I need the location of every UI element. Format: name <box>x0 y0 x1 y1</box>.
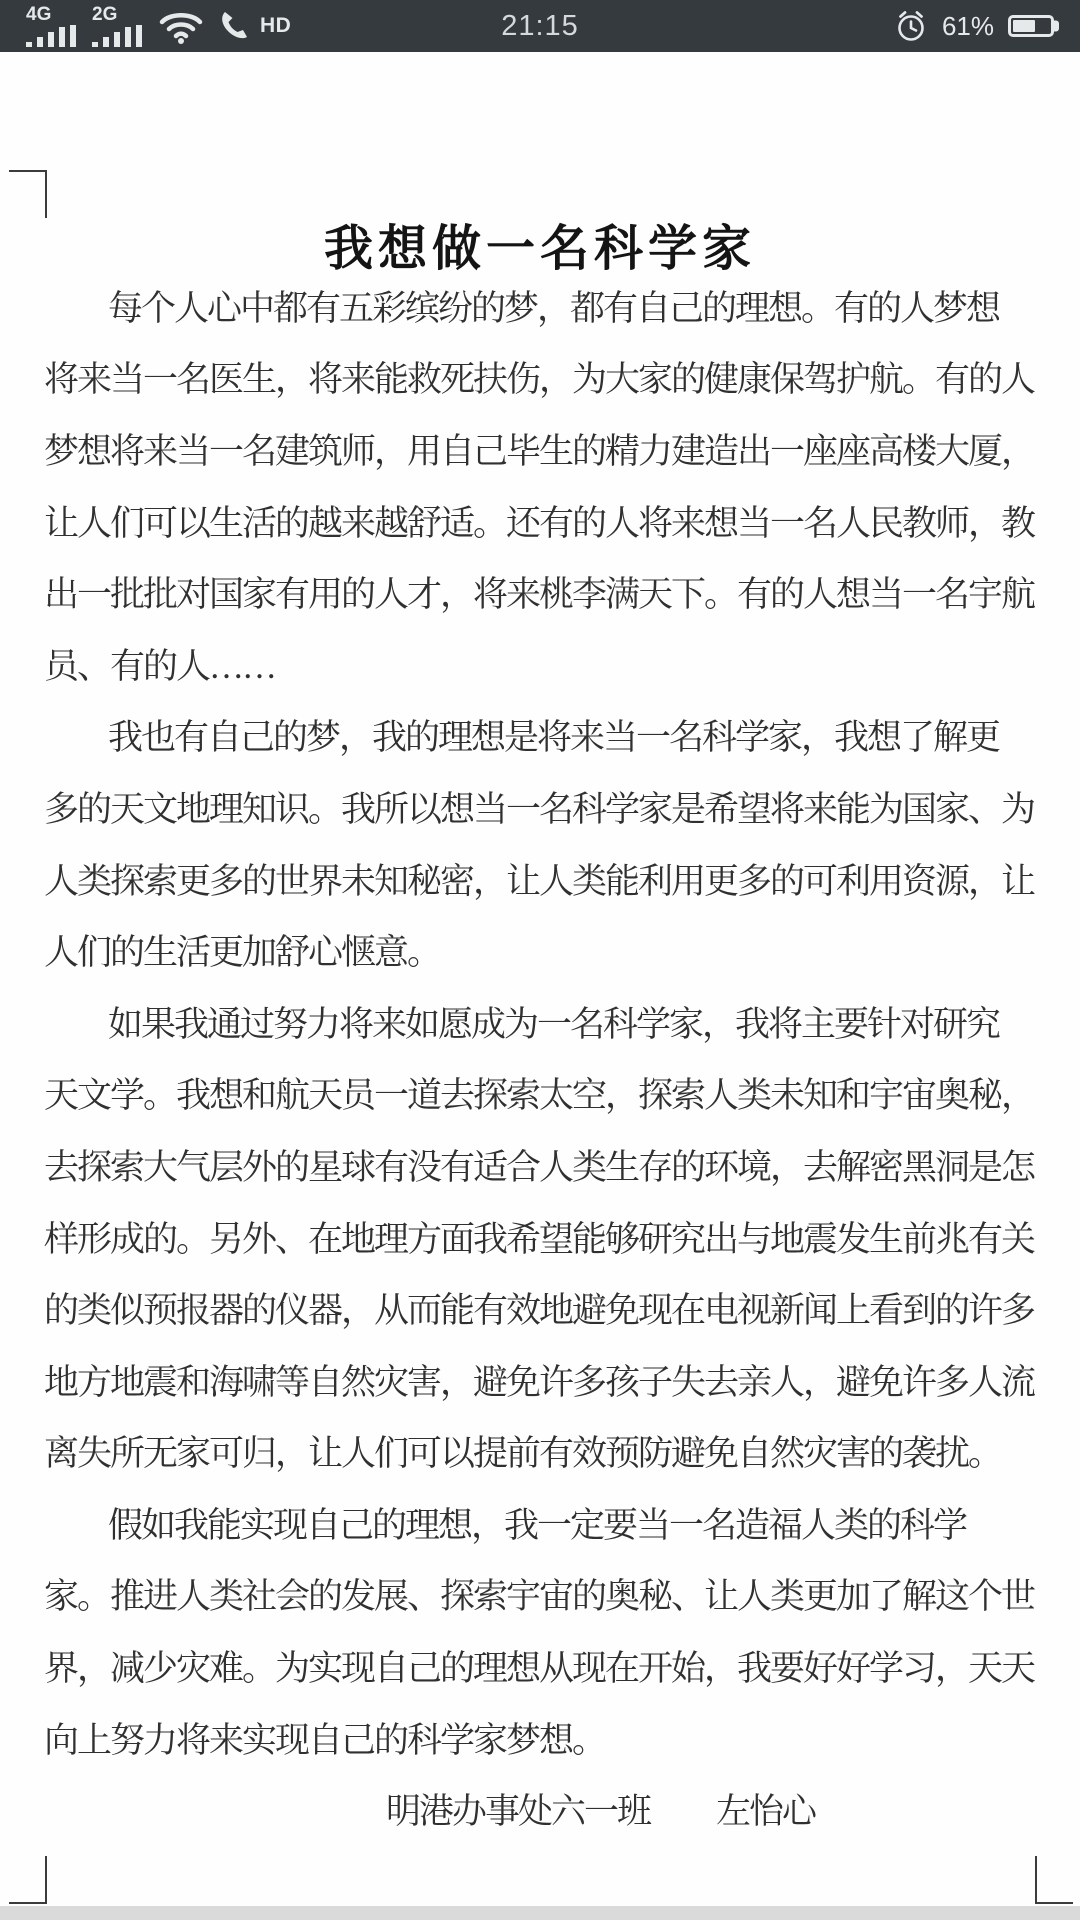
essay-line: 的类似预报器的仪器，从而能有效地避免现在电视新闻上看到的许多 <box>44 1272 1038 1344</box>
essay-line: 地方地震和海啸等自然灾害，避免许多孩子失去亲人，避免许多人流 <box>44 1344 1038 1416</box>
essay-line: 梦想将来当一名建筑师，用自己毕生的精力建造出一座座高楼大厦， <box>44 413 1038 485</box>
page-corner-mark-bottom-right <box>1035 1856 1073 1904</box>
battery-percent-label: 61% <box>942 11 994 42</box>
essay-line: 多的天文地理知识。我所以想当一名科学家是希望将来能为国家、为 <box>44 771 1038 843</box>
essay-line: 界，减少灾难。为实现自己的理想从现在开始，我要好好学习，天天 <box>44 1630 1038 1702</box>
battery-fill <box>1013 20 1035 32</box>
sim1-signal-bars-icon <box>26 25 78 47</box>
signature-class-name: 明港办事处六一班 <box>386 1784 650 1834</box>
sim1-network-label: 4G <box>26 5 51 24</box>
essay-line: 向上努力将来实现自己的科学家梦想。 <box>44 1702 1038 1774</box>
essay-line: 员、有的人…… <box>44 628 1038 700</box>
wifi-icon <box>158 8 204 44</box>
essay-line: 假如我能实现自己的理想，我一定要当一名造福人类的科学 <box>44 1487 1038 1559</box>
sim2-signal-bars-icon <box>92 25 144 47</box>
essay-line: 如果我通过努力将来如愿成为一名科学家，我将主要针对研究 <box>44 986 1038 1058</box>
essay-line: 家。推进人类社会的发展、探索宇宙的奥秘、让人类更加了解这个世 <box>44 1559 1038 1631</box>
signature-line: 明港办事处六一班 左怡心 <box>44 1773 1038 1845</box>
sim2-network-label: 2G <box>92 5 117 24</box>
essay-line: 离失所无家可归，让人们可以提前有效预防避免自然灾害的袭扰。 <box>44 1416 1038 1488</box>
essay-line: 将来当一名医生，将来能救死扶伤，为大家的健康保驾护航。有的人 <box>44 342 1038 414</box>
page-bottom-edge <box>0 1906 1080 1920</box>
essay-line: 样形成的。另外、在地理方面我希望能够研究出与地震发生前兆有关 <box>44 1201 1038 1273</box>
status-bar-clock: 21:15 <box>501 0 579 52</box>
essay-line: 每个人心中都有五彩缤纷的梦，都有自己的理想。有的人梦想 <box>44 270 1038 342</box>
status-bar-right: 61% <box>894 0 1054 52</box>
essay-body: 每个人心中都有五彩缤纷的梦，都有自己的理想。有的人梦想 将来当一名医生，将来能救… <box>44 270 1038 1845</box>
essay-line: 出一批批对国家有用的人才，将来桃李满天下。有的人想当一名宇航 <box>44 556 1038 628</box>
hd-call-label: HD <box>260 14 291 38</box>
essay-line: 天文学。我想和航天员一道去探索太空，探索人类未知和宇宙奥秘， <box>44 1058 1038 1130</box>
document-page-canvas[interactable]: 我想做一名科学家 每个人心中都有五彩缤纷的梦，都有自己的理想。有的人梦想 将来当… <box>0 52 1080 1920</box>
essay-line: 人类探索更多的世界未知秘密，让人类能利用更多的可利用资源，让 <box>44 843 1038 915</box>
battery-icon <box>1008 15 1054 37</box>
status-bar: 4G 2G <box>0 0 1080 52</box>
hd-call-phone-icon <box>218 9 252 43</box>
sim1-signal: 4G <box>26 5 78 47</box>
phone-screen: 4G 2G <box>0 0 1080 1920</box>
page-corner-mark-bottom-left <box>9 1856 47 1904</box>
essay-line: 去探索大气层外的星球有没有适合人类生存的环境，去解密黑洞是怎 <box>44 1129 1038 1201</box>
sim2-signal: 2G <box>92 5 144 47</box>
alarm-clock-icon <box>894 9 928 43</box>
signature-student-name: 左怡心 <box>716 1784 815 1834</box>
essay-line: 人们的生活更加舒心惬意。 <box>44 914 1038 986</box>
essay-line: 我也有自己的梦，我的理想是将来当一名科学家，我想了解更 <box>44 700 1038 772</box>
status-bar-left: 4G 2G <box>26 0 291 52</box>
essay-line: 让人们可以生活的越来越舒适。还有的人将来想当一名人民教师，教 <box>44 485 1038 557</box>
